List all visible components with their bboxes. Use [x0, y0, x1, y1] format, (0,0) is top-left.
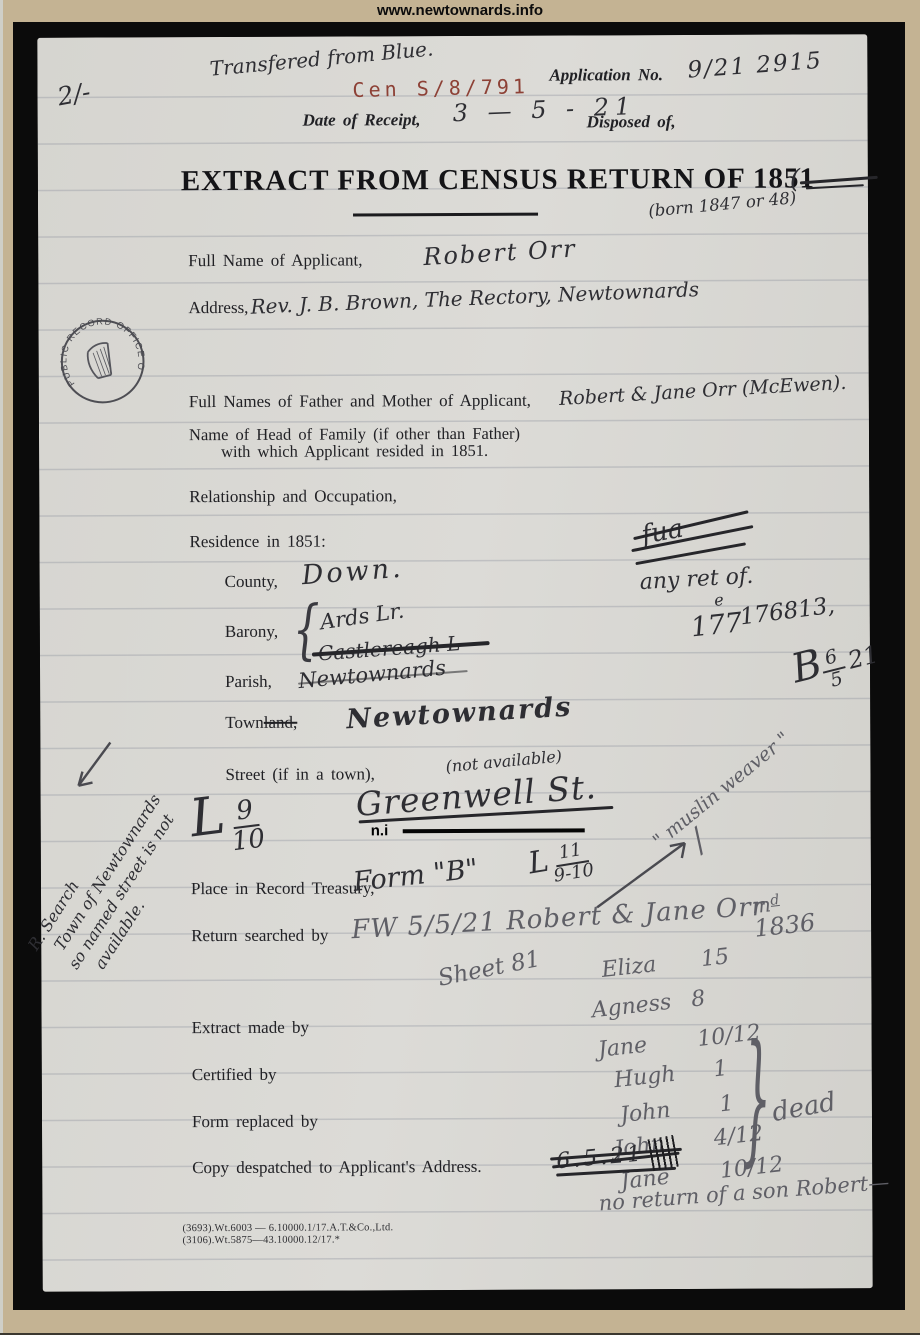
treasury-shelf-ref: L119-10	[526, 837, 595, 889]
public-record-office-stamp: PUBLIC RECORD OFFICE OF IRELAND	[52, 310, 154, 412]
shelf-den: 10	[230, 825, 266, 855]
margin-search-note: R. Search Town of Newtownards so named s…	[23, 778, 203, 990]
head-of-family-label-line2: with which Applicant resided in 1851.	[221, 441, 488, 462]
residence-label: Residence in 1851:	[189, 532, 325, 553]
certified-by-label: Certified by	[192, 1065, 277, 1085]
transfer-note: Transfered from Blue.	[209, 36, 435, 80]
child-age: 1	[712, 1056, 729, 1082]
county-value: Down.	[301, 553, 405, 591]
fee-note: 2/-	[55, 77, 92, 111]
searched-label: Return searched by	[191, 926, 328, 947]
child-row: Jane10/12	[597, 1020, 762, 1063]
full-name-value: Robert Orr	[423, 234, 578, 271]
printer-note-line2: (3106).Wt.5875—43.10000.12/17.*	[182, 1235, 340, 1247]
margin-arrow-icon	[70, 737, 116, 793]
disposed-of-label: Disposed of,	[587, 112, 676, 132]
copy-despatched-label: Copy despatched to Applicant's Address.	[192, 1157, 481, 1178]
child-name: Hugh	[613, 1057, 715, 1093]
county-label: County,	[225, 572, 278, 592]
application-no-value: 9/21 2915	[687, 48, 824, 84]
ref-e-177: e 177	[687, 588, 744, 643]
parish-label: Parish,	[225, 672, 272, 692]
child-row: John1	[619, 1091, 735, 1128]
townland-label-part1: Town	[225, 713, 264, 732]
barony-value: Ards Lr.	[319, 598, 406, 634]
searched-value: FW 5/5/21 Robert & Jane Orr	[351, 892, 766, 945]
treasury-ref-l: L	[526, 844, 551, 882]
application-no-label: Application No.	[549, 65, 663, 85]
dead-brace: }	[742, 1013, 772, 1181]
child-row: Agness8	[590, 986, 706, 1023]
child-row: Hugh1	[613, 1056, 729, 1093]
ref-b-den: 5	[828, 669, 844, 690]
form-replaced-by-label: Form replaced by	[192, 1112, 318, 1133]
full-name-label: Full Name of Applicant,	[188, 250, 362, 271]
site-banner-url: www.newtownards.info	[0, 0, 920, 22]
relationship-label: Relationship and Occupation,	[189, 486, 397, 507]
page-title: EXTRACT FROM CENSUS RETURN OF 1851	[178, 162, 818, 198]
townland-value: Newtownards	[346, 692, 574, 736]
title-underline	[353, 213, 538, 217]
extract-made-by-label: Extract made by	[192, 1018, 309, 1039]
townland-label: Townland,	[225, 713, 297, 733]
ni-redaction-line	[403, 828, 585, 833]
marriage-d: d	[770, 892, 781, 909]
marriage-note: md 1836	[751, 889, 817, 942]
child-name: Eliza	[600, 947, 702, 983]
child-name: Agness	[590, 988, 692, 1024]
barony-label: Barony,	[225, 622, 278, 642]
parents-value: Robert & Jane Orr (McEwen).	[558, 372, 846, 410]
dead-note: dead	[770, 1087, 839, 1128]
child-row: Eliza15	[600, 944, 730, 983]
ref-b: B	[787, 641, 827, 693]
ref-177: 177	[689, 607, 744, 643]
census-form-page: 2/- Transfered from Blue. Cen S/8/791 Ap…	[37, 34, 872, 1292]
ref-b-year: 21	[845, 640, 881, 675]
treasury-label: Place in Record Treasury,	[191, 878, 375, 899]
child-name: Jane	[597, 1027, 699, 1063]
child-name: John	[619, 1092, 721, 1128]
harp-icon	[84, 341, 117, 380]
child-age: 15	[700, 944, 731, 972]
shelf-reference: L910	[187, 781, 267, 860]
child-age: 1	[718, 1091, 735, 1117]
date-of-receipt-label: Date of Receipt,	[303, 110, 421, 131]
parents-label: Full Names of Father and Mother of Appli…	[189, 391, 531, 412]
address-value: Rev. J. B. Brown, The Rectory, Newtownar…	[250, 277, 699, 319]
townland-label-part2-struck: land,	[264, 713, 298, 732]
scan-black-mat: 2/- Transfered from Blue. Cen S/8/791 Ap…	[13, 22, 905, 1310]
marriage-year: 1836	[753, 911, 816, 943]
ref-b-date: B6521	[787, 626, 884, 698]
scribble-hatch-mark	[648, 1135, 679, 1171]
address-label: Address,	[188, 298, 248, 318]
printer-note-line1: (3693).Wt.6003 — 6.10000.1/17.A.T.&Co.,L…	[182, 1222, 393, 1234]
screenshot-root: { "banner": { "url": "www.newtownards.in…	[0, 0, 920, 1335]
ref-176813: 176813,	[739, 593, 837, 631]
ni-note: n.i	[371, 822, 389, 839]
treasury-value: Form "B"	[352, 853, 480, 897]
sheet-note: Sheet 81	[436, 946, 543, 992]
child-age: 8	[690, 986, 707, 1012]
